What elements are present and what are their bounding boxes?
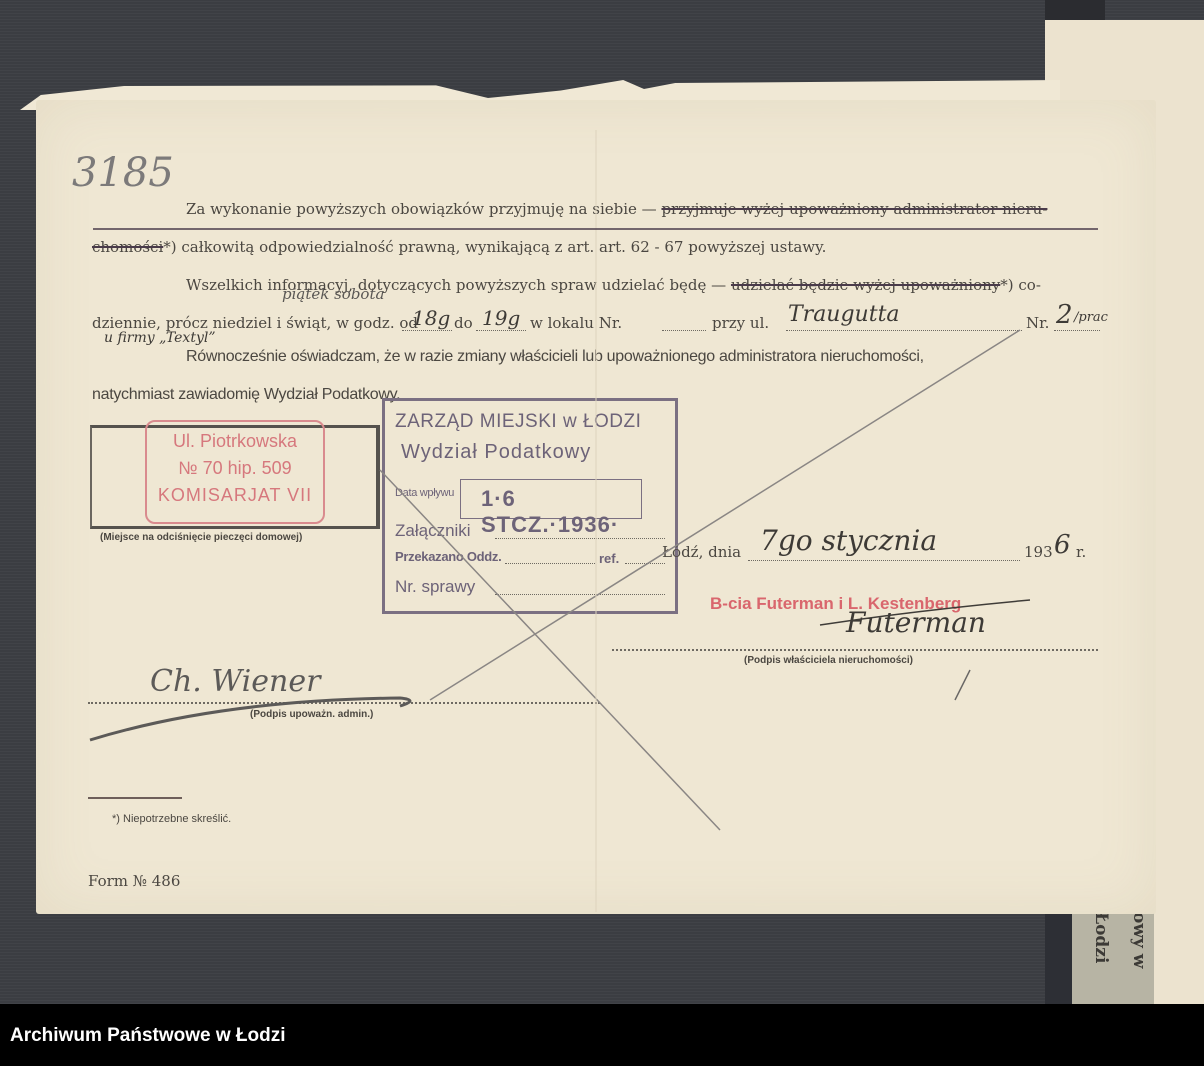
pencil-cross-stroke-1 [380, 470, 720, 830]
owner-signature-flourish [820, 600, 1030, 625]
admin-signature-flourish [90, 698, 410, 740]
pencil-tick [955, 670, 970, 700]
pencil-cross-stroke-2 [430, 330, 1020, 700]
archive-caption: Archiwum Państwowe w Łodzi [10, 1025, 286, 1047]
pencil-marks-overlay [0, 0, 1204, 1004]
